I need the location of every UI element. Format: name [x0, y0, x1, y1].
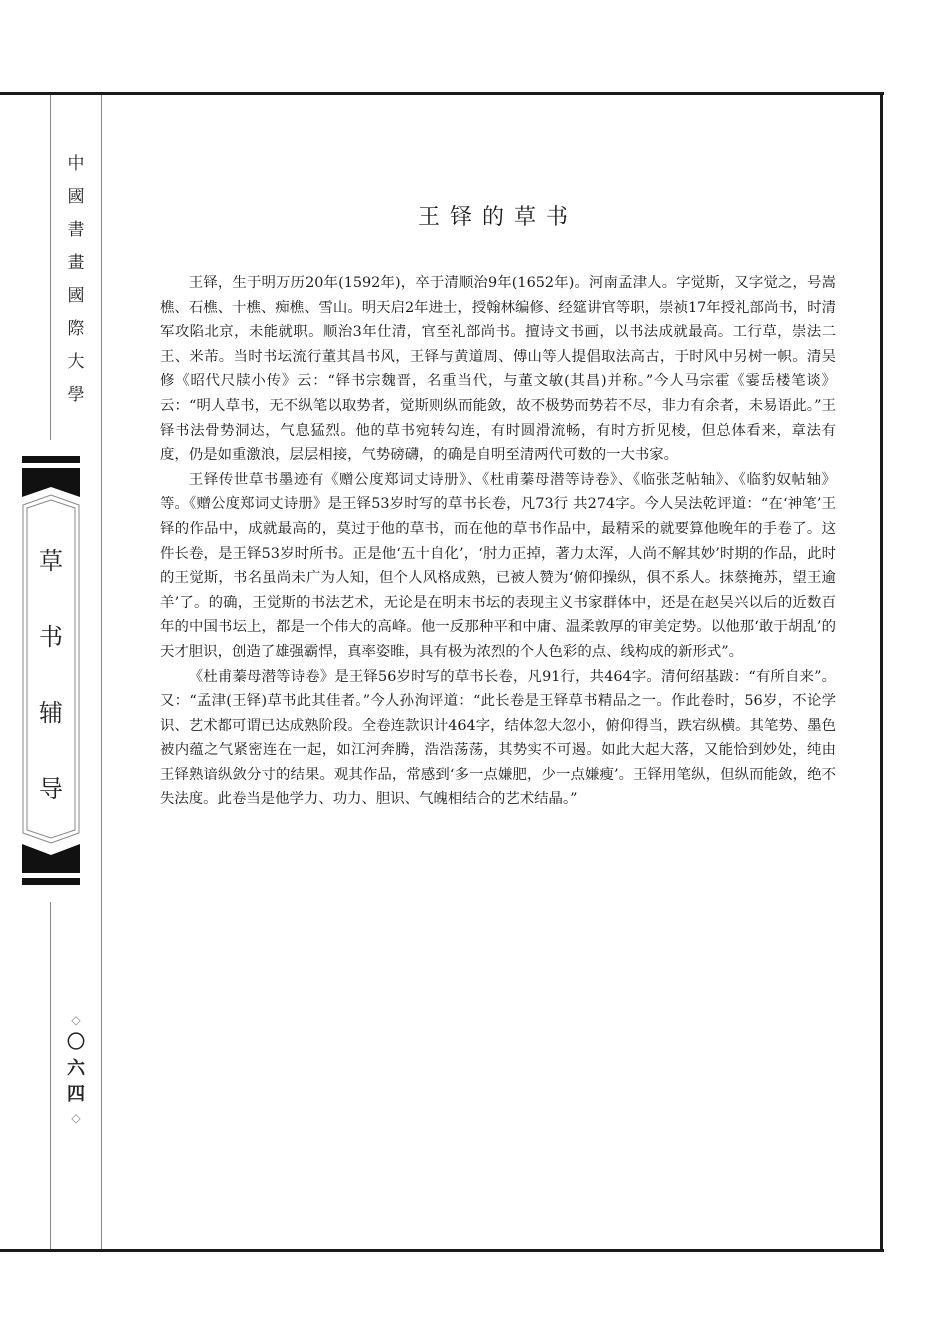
series-title-char: 國 — [60, 181, 92, 214]
article-paragraph: 王铎，生于明万历20年(1592年)，卒于清顺治9年(1652年)。河南孟津人。… — [160, 271, 836, 468]
banner-char: 导 — [22, 774, 80, 850]
section-banner: 草 书 辅 导 — [22, 456, 80, 886]
series-title-char: 大 — [60, 346, 92, 379]
page-number-digit: 四 — [60, 1082, 92, 1108]
banner-char: 书 — [22, 622, 80, 698]
page-number-digit: 六 — [60, 1056, 92, 1082]
series-title-char: 際 — [60, 313, 92, 346]
frame-right-border — [880, 92, 883, 1252]
series-title-char: 國 — [60, 280, 92, 313]
series-title: 中 國 書 畫 國 際 大 學 — [60, 148, 92, 412]
series-title-char: 書 — [60, 214, 92, 247]
page-number-digit: 〇 — [60, 1030, 92, 1056]
series-title-char: 中 — [60, 148, 92, 181]
series-title-char: 畫 — [60, 247, 92, 280]
article-paragraph: 王铎传世草书墨迹有《赠公度郑词丈诗册》、《杜甫蓁母潜等诗卷》、《临张芝帖轴》、《… — [160, 468, 836, 665]
article-title: 王铎的草书 — [160, 200, 836, 231]
sidebar-rule-upper — [50, 95, 51, 440]
banner-label: 草 书 辅 导 — [22, 546, 80, 850]
page-number: ◇ 〇 六 四 ◇ — [60, 1010, 92, 1128]
banner-char: 辅 — [22, 698, 80, 774]
sidebar-rule-lower — [50, 902, 51, 1249]
diamond-ornament-icon: ◇ — [60, 1108, 92, 1128]
diamond-ornament-icon: ◇ — [60, 1010, 92, 1030]
banner-char: 草 — [22, 546, 80, 622]
sidebar-divider — [101, 95, 102, 1249]
series-title-char: 學 — [60, 379, 92, 412]
article-paragraph: 《杜甫蓁母潜等诗卷》是王铎56岁时写的草书长卷，凡91行，共464字。清何绍基跋… — [160, 665, 836, 813]
frame-top-border — [0, 92, 884, 95]
frame-bottom-border — [0, 1249, 884, 1252]
article: 王铎的草书 王铎，生于明万历20年(1592年)，卒于清顺治9年(1652年)。… — [160, 200, 836, 812]
